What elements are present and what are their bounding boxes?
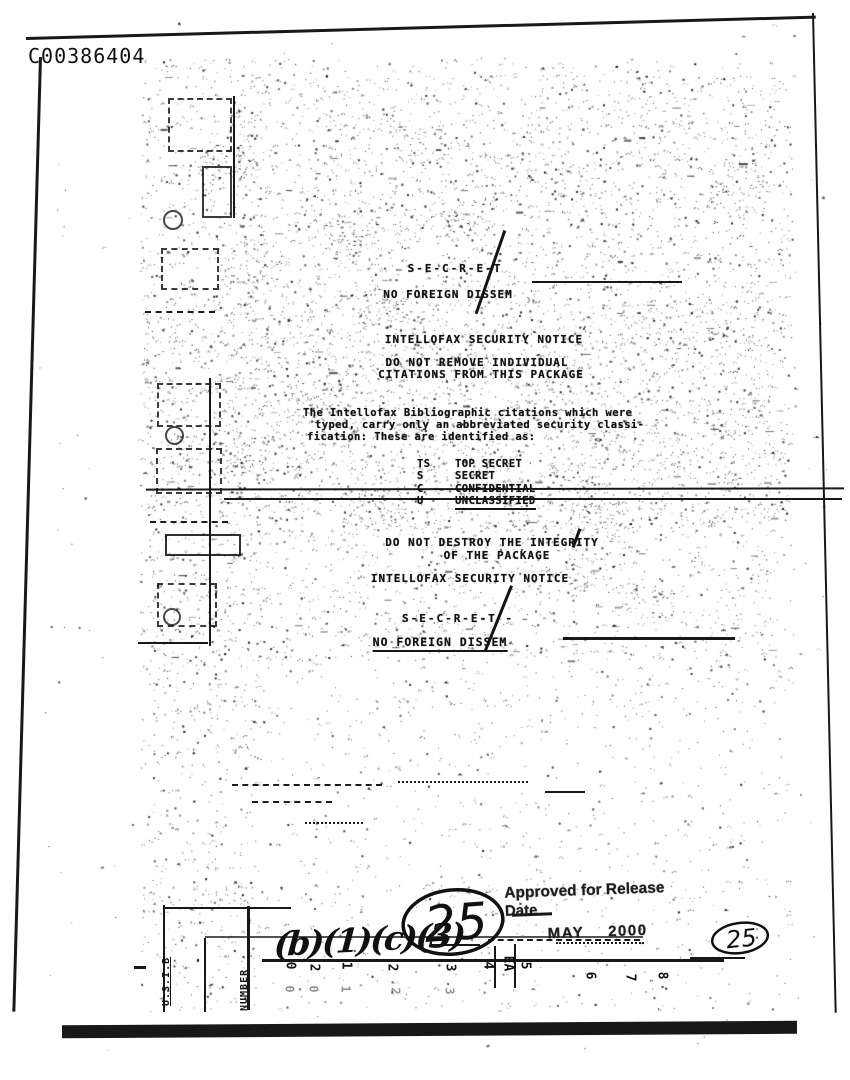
form-edge-tab <box>165 534 241 556</box>
form-edge-circle <box>163 608 181 626</box>
form-strip-digit: 5 <box>517 962 532 970</box>
remove-warning-line2: CITATIONS FROM THIS PACKAGE <box>378 368 584 381</box>
left-border-line <box>12 57 42 1012</box>
form-strip-digit-faint: 2 <box>389 987 403 994</box>
form-edge-dash <box>150 521 228 523</box>
classification-abbr: U <box>417 495 455 507</box>
scan-streak <box>232 784 382 786</box>
form-strip-digit: 6 <box>582 972 597 980</box>
form-edge-line <box>209 378 211 646</box>
form-edge-box <box>161 248 219 290</box>
stamp-underline <box>556 942 644 944</box>
classification-label: CONFIDENTIAL <box>455 483 536 495</box>
form-edge-circle <box>165 426 184 445</box>
classification-abbr: TS <box>417 458 455 470</box>
form-edge-box <box>156 448 222 494</box>
classification-row: SSECRET <box>417 470 536 482</box>
form-strip-line <box>163 907 291 909</box>
form-edge-box <box>157 383 221 427</box>
form-strip-digit-faint: 1 <box>339 985 353 992</box>
scan-streak <box>252 801 332 803</box>
right-border-line <box>812 13 837 1013</box>
document-id: C00386404 <box>28 44 145 68</box>
form-strip-digit-faint: 0 <box>283 985 297 992</box>
notice-body-line1: The Intellofax Bibliographic citations w… <box>303 407 632 419</box>
classification-abbr: C <box>417 483 455 495</box>
form-strip-line <box>204 938 206 1012</box>
notice-body-line3: fication: These are identified as: <box>307 431 536 443</box>
form-edge-dash <box>145 311 215 313</box>
circled-number-small-text: 25 <box>725 923 758 954</box>
form-edge-box <box>168 98 232 152</box>
form-strip-digit: 8 <box>654 972 669 980</box>
form-strip-label-usib: U.S.I.B <box>161 957 172 1006</box>
form-strip-digit-faint: 0 <box>307 985 321 992</box>
classification-row: UUNCLASSIFIED <box>417 495 536 507</box>
form-strip-digit: 3 <box>442 964 457 972</box>
classification-label: TOP SECRET <box>455 458 522 470</box>
form-edge-circle <box>163 210 183 230</box>
top-border-line <box>26 16 816 40</box>
form-strip-tick <box>134 966 146 969</box>
form-strip-label-number: NUMBER <box>239 969 250 1011</box>
rule-line <box>563 637 735 640</box>
integrity-line1: DO NOT DESTROY THE INTEGRITY <box>385 536 598 549</box>
classification-list: TSTOP SECRETSSECRETCCONFIDENTIALUUNCLASS… <box>417 458 536 508</box>
form-strip-digit-faint: 3 <box>443 987 457 994</box>
form-strip-digit: 1 <box>338 962 353 970</box>
notice-body-line2: typed, carry only an abbreviated securit… <box>315 419 644 431</box>
form-edge-line <box>233 96 235 218</box>
rule-line <box>532 281 682 283</box>
approval-stamp: Approved for Release Date MAY2000 <box>504 879 666 944</box>
rule-line <box>138 642 208 644</box>
scanned-document-page: C00386404 S-E-C-R-E-T NO FOREIGN DISSEM … <box>0 0 850 1080</box>
stamp-date-value: MAY2000 <box>547 921 666 942</box>
integrity-line2: OF THE PACKAGE <box>444 549 551 562</box>
form-strip-digit: 2 <box>306 964 321 972</box>
handling-top: NO FOREIGN DISSEM <box>383 288 513 301</box>
scan-streak <box>545 791 585 793</box>
classification-row: CCONFIDENTIAL <box>417 483 536 495</box>
security-notice-title: INTELLOFAX SECURITY NOTICE <box>385 333 583 346</box>
stamp-year: 2000 <box>608 922 648 940</box>
classification-label: UNCLASSIFIED <box>455 495 536 510</box>
classification-abbr: S <box>417 470 455 482</box>
circled-number-small: 25 <box>706 916 774 960</box>
form-edge-box <box>202 166 232 218</box>
scan-streak <box>398 781 528 783</box>
form-strip-digit: 7 <box>622 974 637 982</box>
stamp-month: MAY <box>547 924 584 942</box>
classification-row: TSTOP SECRET <box>417 458 536 470</box>
bottom-border-bar <box>62 1021 797 1038</box>
scan-streak <box>305 822 363 824</box>
form-strip-digit: 2 <box>384 964 399 972</box>
security-notice-title-repeat: INTELLOFAX SECURITY NOTICE <box>371 572 569 585</box>
classification-label: SECRET <box>455 470 495 482</box>
